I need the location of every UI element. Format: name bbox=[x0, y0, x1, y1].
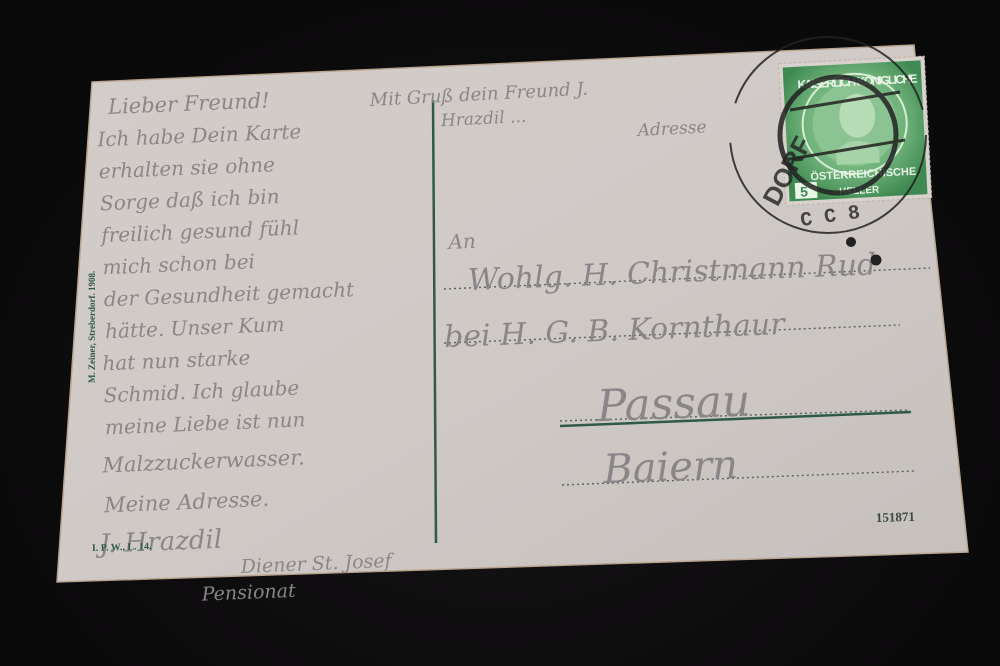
signature-line: Pensionat bbox=[200, 580, 296, 606]
publisher-imprint: M. Zeiner, Streberdorf. 1908. bbox=[87, 271, 97, 383]
card-number: 151871 bbox=[876, 509, 915, 525]
svg-text:Adresse: Adresse bbox=[635, 117, 707, 141]
ink-spot bbox=[871, 255, 882, 266]
address-prefix: An bbox=[446, 229, 476, 254]
address-line-city: Passau bbox=[595, 375, 751, 432]
address-line-country: Baiern bbox=[601, 442, 738, 493]
postcard: Lieber Freund! Ich habe Dein Karte erhal… bbox=[0, 0, 1000, 666]
series-code: I. P. W., L. 14. bbox=[92, 541, 152, 554]
ink-spot bbox=[846, 237, 856, 247]
